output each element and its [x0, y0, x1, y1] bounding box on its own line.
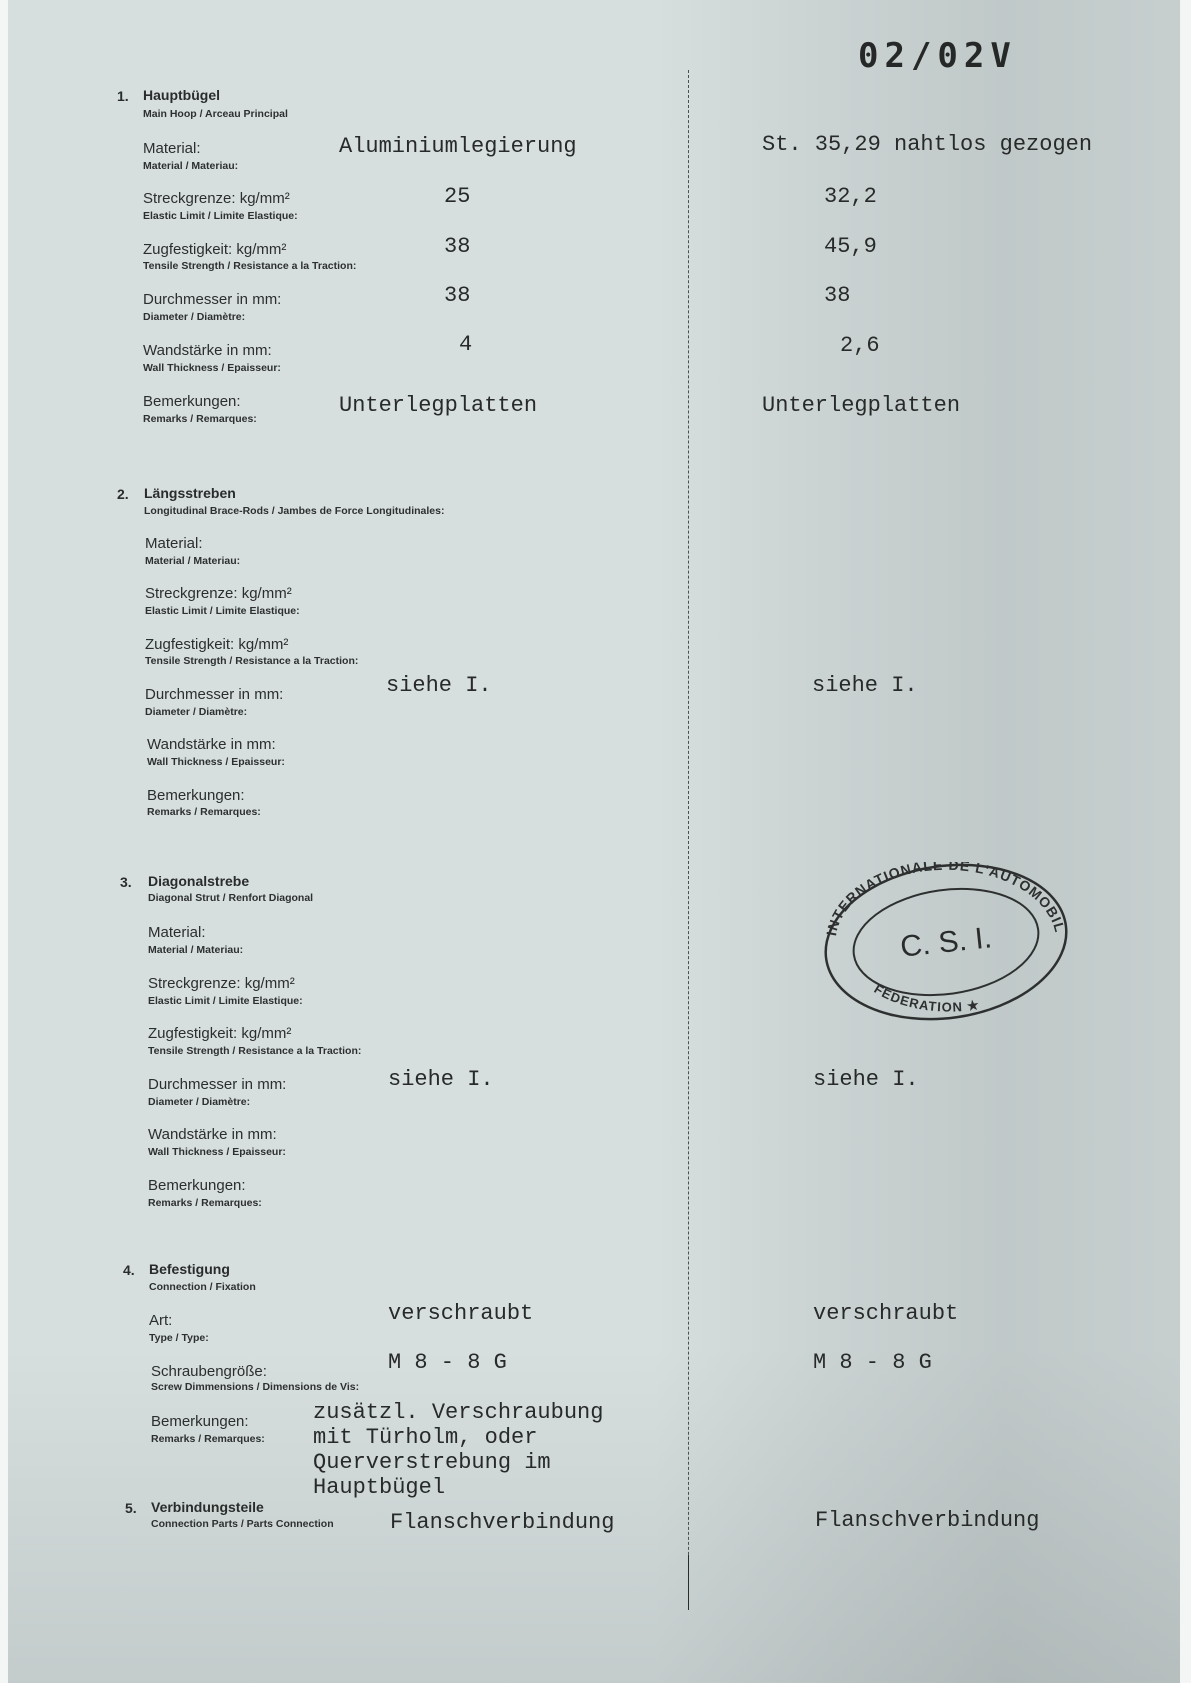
section-2-title: Längsstreben: [144, 485, 236, 501]
s4-type-right: verschraubt: [813, 1301, 958, 1326]
s1-tensile-right: 45,9: [824, 234, 877, 259]
s3-tensile-label: Zugfestigkeit: kg/mm²: [148, 1025, 291, 1042]
s1-diameter-label: Durchmesser in mm:: [143, 291, 281, 308]
svg-text:C. S. I.: C. S. I.: [899, 921, 994, 963]
s4-screw-label: Schraubengröße:: [151, 1363, 267, 1380]
s3-material-label: Material:: [148, 924, 206, 941]
s2-diameter-sublabel: Diameter / Diamètre:: [145, 706, 247, 718]
s1-material-label: Material:: [143, 140, 201, 157]
s2-diameter-right: siehe I.: [812, 673, 918, 698]
s5-left: Flanschverbindung: [390, 1510, 614, 1535]
s1-elastic-label: Streckgrenze: kg/mm²: [143, 190, 290, 207]
s1-wall-sublabel: Wall Thickness / Epaisseur:: [143, 362, 281, 374]
column-divider: [688, 70, 689, 1610]
s1-elastic-left: 25: [444, 184, 470, 209]
section-1-title: Hauptbügel: [143, 87, 220, 103]
section-5-title: Verbindungsteile: [151, 1499, 264, 1515]
section-3-number: 3.: [120, 874, 132, 890]
s1-tensile-left: 38: [444, 234, 470, 259]
s2-material-label: Material:: [145, 535, 203, 552]
svg-text:FEDERATION ★: FEDERATION ★: [872, 981, 981, 1015]
s1-remarks-left: Unterlegplatten: [339, 393, 537, 418]
s1-elastic-right: 32,2: [824, 184, 877, 209]
s3-diameter-left: siehe I.: [388, 1067, 494, 1092]
s3-wall-label: Wandstärke in mm:: [148, 1126, 277, 1143]
s1-wall-right: 2,6: [840, 333, 880, 358]
s1-diameter-left: 38: [444, 283, 470, 308]
fia-csi-stamp: INTERNATIONALE DE L'AUTOMOBILE FEDERATIO…: [822, 862, 1070, 1022]
s3-material-sublabel: Material / Materiau:: [148, 944, 243, 956]
section-5-subtitle: Connection Parts / Parts Connection: [151, 1518, 334, 1530]
s3-wall-sublabel: Wall Thickness / Epaisseur:: [148, 1146, 286, 1158]
section-4-number: 4.: [123, 1262, 135, 1278]
s2-remarks-sublabel: Remarks / Remarques:: [147, 806, 261, 818]
s2-tensile-sublabel: Tensile Strength / Resistance a la Tract…: [145, 655, 358, 667]
s2-elastic-label: Streckgrenze: kg/mm²: [145, 585, 292, 602]
s3-diameter-label: Durchmesser in mm:: [148, 1076, 286, 1093]
s1-wall-left: 4: [459, 332, 472, 357]
section-5-number: 5.: [125, 1500, 137, 1516]
document-number: 02/02V: [858, 36, 1017, 76]
s2-diameter-label: Durchmesser in mm:: [145, 686, 283, 703]
s3-diameter-sublabel: Diameter / Diamètre:: [148, 1096, 250, 1108]
s2-remarks-label: Bemerkungen:: [147, 787, 245, 804]
s2-tensile-label: Zugfestigkeit: kg/mm²: [145, 636, 288, 653]
s1-diameter-right: 38: [824, 283, 850, 308]
s4-type-sublabel: Type / Type:: [149, 1332, 209, 1344]
section-3-title: Diagonalstrebe: [148, 873, 249, 889]
s1-wall-label: Wandstärke in mm:: [143, 342, 272, 359]
column-divider-end: [688, 1555, 689, 1610]
s3-elastic-label: Streckgrenze: kg/mm²: [148, 975, 295, 992]
s4-type-label: Art:: [149, 1312, 172, 1329]
section-1-subtitle: Main Hoop / Arceau Principal: [143, 108, 288, 120]
s4-remarks-left: zusätzl. Verschraubung mit Türholm, oder…: [313, 1400, 603, 1500]
s3-elastic-sublabel: Elastic Limit / Limite Elastique:: [148, 995, 303, 1007]
section-3-subtitle: Diagonal Strut / Renfort Diagonal: [148, 892, 313, 904]
s1-remarks-sublabel: Remarks / Remarques:: [143, 413, 257, 425]
s4-screw-left: M 8 - 8 G: [388, 1350, 507, 1375]
section-4-title: Befestigung: [149, 1261, 230, 1277]
s1-material-right: St. 35,29 nahtlos gezogen: [762, 132, 1092, 157]
s5-right: Flanschverbindung: [815, 1508, 1039, 1533]
section-2-subtitle: Longitudinal Brace-Rods / Jambes de Forc…: [144, 505, 444, 517]
s1-material-sublabel: Material / Materiau:: [143, 160, 238, 172]
s2-wall-label: Wandstärke in mm:: [147, 736, 276, 753]
s4-remarks-label: Bemerkungen:: [151, 1413, 249, 1430]
s2-diameter-left: siehe I.: [386, 673, 492, 698]
s3-tensile-sublabel: Tensile Strength / Resistance a la Tract…: [148, 1045, 361, 1057]
s3-remarks-label: Bemerkungen:: [148, 1177, 246, 1194]
stamp-seal-icon: INTERNATIONALE DE L'AUTOMOBILE FEDERATIO…: [822, 862, 1070, 1022]
s1-tensile-label: Zugfestigkeit: kg/mm²: [143, 241, 286, 258]
section-1-number: 1.: [117, 88, 129, 104]
s4-screw-sublabel: Screw Dimmensions / Dimensions de Vis:: [151, 1381, 359, 1393]
s2-elastic-sublabel: Elastic Limit / Limite Elastique:: [145, 605, 300, 617]
s1-material-left: Aluminiumlegierung: [339, 134, 577, 159]
s1-tensile-sublabel: Tensile Strength / Resistance a la Tract…: [143, 260, 356, 272]
s2-material-sublabel: Material / Materiau:: [145, 555, 240, 567]
s1-remarks-label: Bemerkungen:: [143, 393, 241, 410]
section-2-number: 2.: [117, 486, 129, 502]
s3-remarks-sublabel: Remarks / Remarques:: [148, 1197, 262, 1209]
s4-type-left: verschraubt: [388, 1301, 533, 1326]
section-4-subtitle: Connection / Fixation: [149, 1281, 256, 1293]
s4-remarks-sublabel: Remarks / Remarques:: [151, 1433, 265, 1445]
s1-remarks-right: Unterlegplatten: [762, 393, 960, 418]
s1-elastic-sublabel: Elastic Limit / Limite Elastique:: [143, 210, 298, 222]
s2-wall-sublabel: Wall Thickness / Epaisseur:: [147, 756, 285, 768]
s3-diameter-right: siehe I.: [813, 1067, 919, 1092]
s1-diameter-sublabel: Diameter / Diamètre:: [143, 311, 245, 323]
s4-screw-right: M 8 - 8 G: [813, 1350, 932, 1375]
